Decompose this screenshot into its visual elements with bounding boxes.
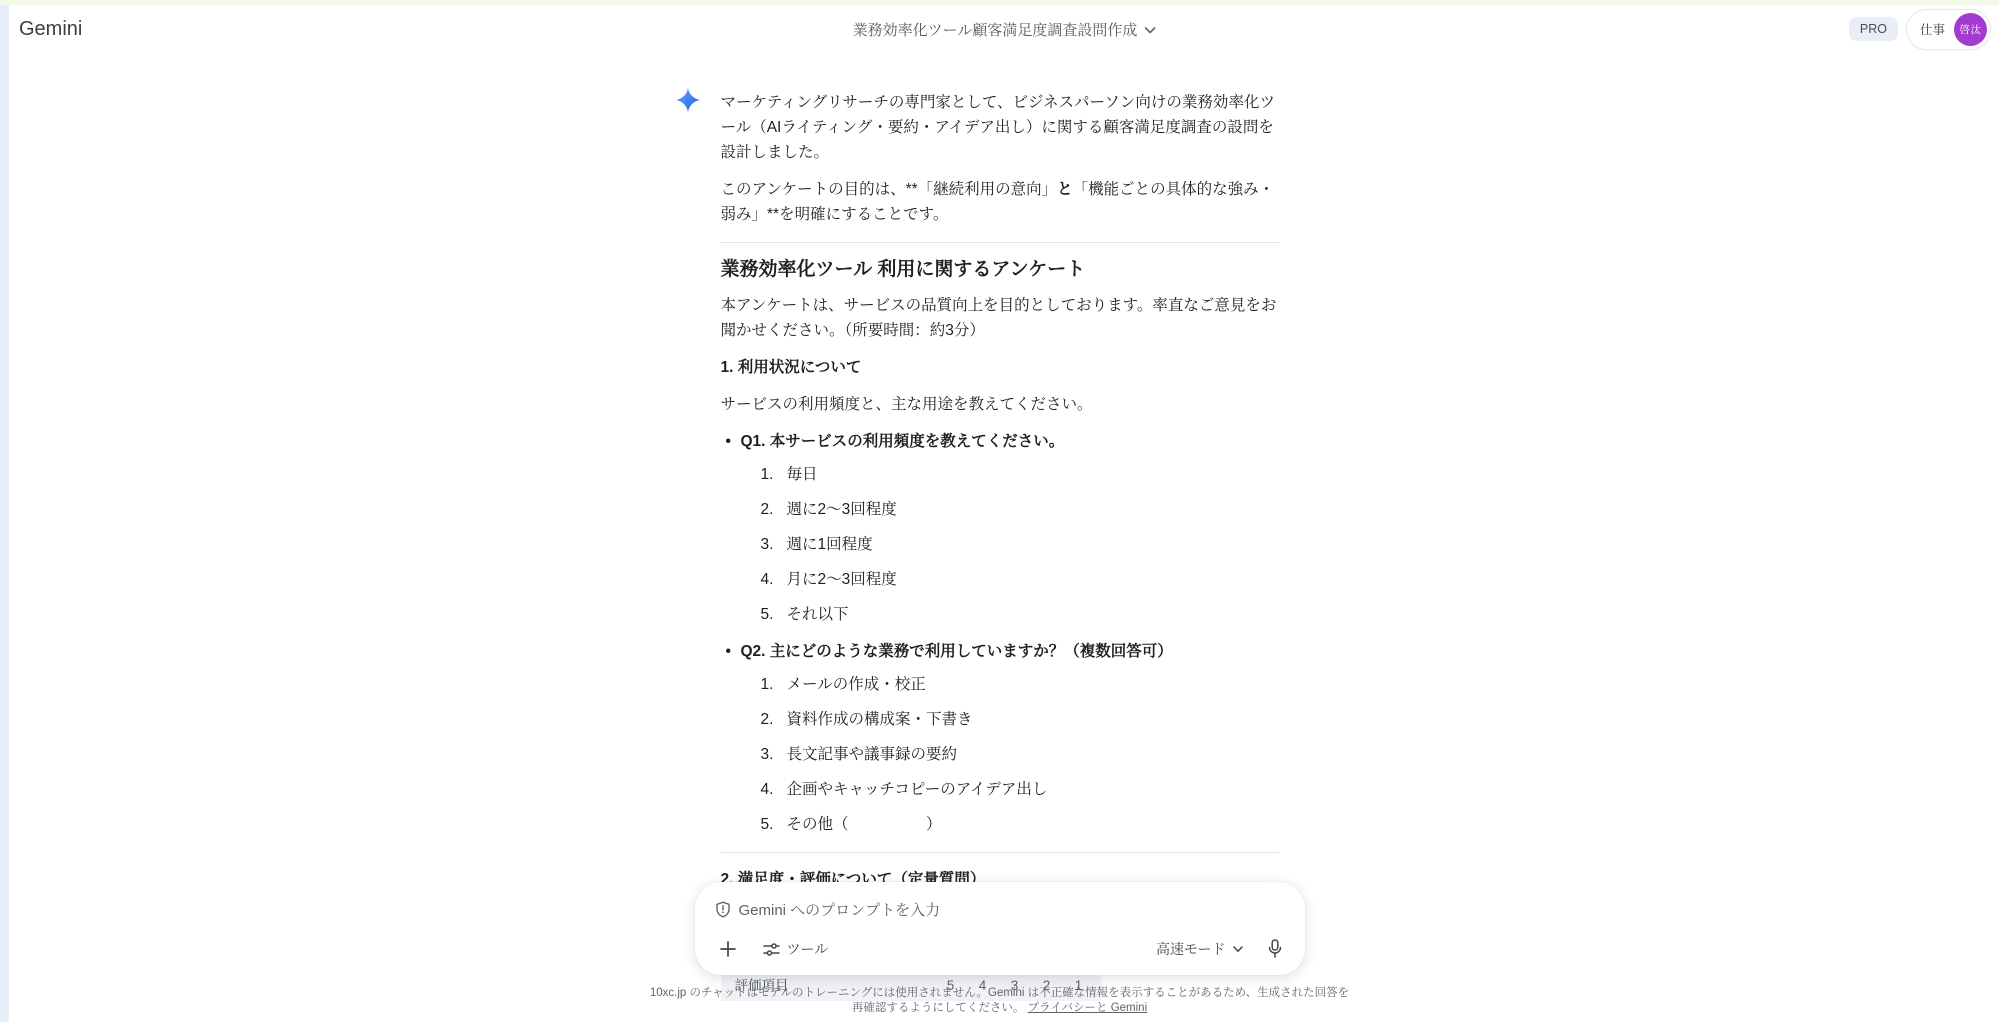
list-item: 月に2〜3回程度 (761, 567, 1279, 592)
shield-icon (715, 901, 731, 918)
list-item: 長文記事や議事録の要約 (761, 742, 1279, 767)
divider (721, 242, 1279, 243)
mic-button[interactable] (1263, 935, 1287, 963)
chevron-down-icon (1144, 27, 1155, 34)
add-button[interactable] (715, 936, 741, 962)
list-item: 資料作成の構成案・下書き (761, 707, 1279, 732)
chat-thread: マーケティングリサーチの専門家として、ビジネスパーソン向けの業務効率化ツール（A… (0, 53, 1999, 1022)
response-paragraph-2: このアンケートの目的は、**「継続利用の意向」と「機能ごとの具体的な強み・弱み」… (721, 177, 1279, 227)
avatar[interactable]: 啓汰 (1954, 13, 1987, 46)
section1-heading: 1. 利用状況について (721, 355, 1279, 380)
pro-badge: PRO (1849, 17, 1898, 41)
app-header: Gemini 業務効率化ツール顧客満足度調査設問作成 PRO 仕事 啓汰 (9, 5, 1999, 53)
microphone-icon (1267, 939, 1283, 959)
chevron-down-icon (1233, 946, 1243, 953)
prompt-input[interactable]: Gemini へのプロンプトを入力 (715, 899, 1287, 920)
list-item: メールの作成・校正 (761, 672, 1279, 697)
list-item: その他（ ） (761, 812, 1279, 837)
q1-options: 毎日 週に2〜3回程度 週に1回程度 月に2〜3回程度 それ以下 (761, 462, 1279, 627)
mode-label: 高速モード (1156, 939, 1225, 959)
response-paragraph-1: マーケティングリサーチの専門家として、ビジネスパーソン向けの業務効率化ツール（A… (721, 90, 1279, 165)
prompt-placeholder: Gemini へのプロンプトを入力 (739, 899, 941, 920)
mode-selector[interactable]: 高速モード (1156, 939, 1242, 959)
privacy-link[interactable]: プライバシーと Gemini (1028, 1002, 1148, 1014)
list-item: 企画やキャッチコピーのアイデア出し (761, 777, 1279, 802)
disclaimer: 10xc.jp のチャットはモデルのトレーニングには使用されません。Gemini… (650, 986, 1350, 1015)
conversation-title-dropdown[interactable]: 業務効率化ツール顧客満足度調査設問作成 (853, 19, 1156, 40)
question-q2: Q2. 主にどのような業務で利用していますか？（複数回答可） メールの作成・校正… (741, 639, 1279, 837)
q2-options: メールの作成・校正 資料作成の構成案・下書き 長文記事や議事録の要約 企画やキャ… (761, 672, 1279, 837)
disclaimer-text: 10xc.jp のチャットはモデルのトレーニングには使用されません。Gemini… (650, 987, 1349, 1014)
gemini-logo[interactable]: Gemini (19, 18, 82, 41)
section1-intro: サービスの利用頻度と、主な用途を教えてください。 (721, 392, 1279, 417)
model-response: マーケティングリサーチの専門家として、ビジネスパーソン向けの業務効率化ツール（A… (721, 53, 1279, 1001)
window-left-edge (0, 5, 9, 1022)
list-item: それ以下 (761, 602, 1279, 627)
survey-title: 業務効率化ツール 利用に関するアンケート (721, 257, 1279, 283)
question-q1: Q1. 本サービスの利用頻度を教えてください。 毎日 週に2〜3回程度 週に1回… (741, 429, 1279, 627)
survey-intro: 本アンケートは、サービスの品質向上を目的としております。率直なご意見をお聞かせく… (721, 293, 1279, 343)
account-menu[interactable]: 仕事 啓汰 (1906, 9, 1991, 50)
tools-button[interactable]: ツール (763, 939, 829, 959)
tools-label: ツール (787, 939, 829, 959)
list-item: 毎日 (761, 462, 1279, 487)
window-top-edge (0, 0, 1999, 5)
workspace-label: 仕事 (1920, 20, 1945, 38)
prompt-composer[interactable]: Gemini へのプロンプトを入力 ツール 高速モード (695, 882, 1305, 975)
list-item: 週に2〜3回程度 (761, 497, 1279, 522)
list-item: 週に1回程度 (761, 532, 1279, 557)
conversation-title: 業務効率化ツール顧客満足度調査設問作成 (853, 19, 1138, 40)
gemini-sparkle-icon (675, 87, 701, 121)
tune-icon (763, 942, 780, 957)
plus-icon (719, 940, 737, 958)
question-list: Q1. 本サービスの利用頻度を教えてください。 毎日 週に2〜3回程度 週に1回… (721, 429, 1279, 837)
divider (721, 852, 1279, 853)
